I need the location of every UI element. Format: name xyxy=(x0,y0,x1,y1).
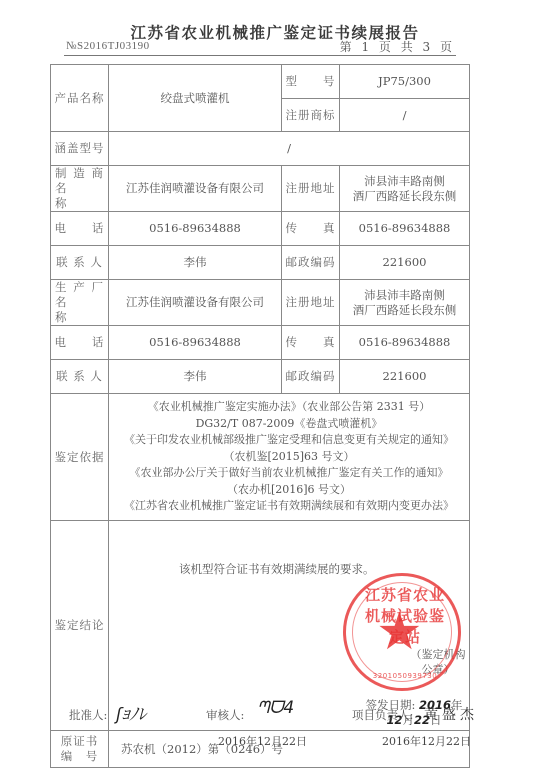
covered-models-value: / xyxy=(109,132,470,166)
manufacturer-fax-value: 0516-89634888 xyxy=(340,212,470,246)
leader-signature: 黄盛杰 xyxy=(424,704,478,724)
producer-postcode-value: 221600 xyxy=(340,360,470,394)
manufacturer-name-value: 江苏佳润喷灌设备有限公司 xyxy=(109,166,282,212)
manufacturer-contact-label: 联 系 人 xyxy=(51,246,109,280)
model-value: JP75/300 xyxy=(340,65,470,99)
report-form-table: 产品名称 绞盘式喷灌机 型 号 JP75/300 注册商标 / 涵盖型号 / 制… xyxy=(50,64,470,768)
producer-contact-label: 联 系 人 xyxy=(51,360,109,394)
approver-signature: ʃﾖﾉﾚ xyxy=(116,700,146,725)
document-number: №S2016TJ03190 xyxy=(66,40,150,52)
basis-line: 《关于印发农业机械部级推广鉴定受理和信息变更有关规定的通知》 xyxy=(111,432,467,449)
basis-line: 《江苏省农业机械推广鉴定证书有效期满续展和有效期内变更办法》 xyxy=(111,498,467,515)
basis-line: 《农业部办公厅关于做好当前农业机械推广鉴定有关工作的通知》 xyxy=(111,465,467,482)
original-cert-label-line1: 原证书 xyxy=(53,734,106,749)
product-name-label: 产品名称 xyxy=(51,65,109,132)
manufacturer-phone-label: 电 话 xyxy=(51,212,109,246)
basis-line: （农机鉴[2015]63 号文） xyxy=(111,449,467,466)
producer-phone-value: 0516-89634888 xyxy=(109,326,282,360)
basis-content: 《农业机械推广鉴定实施办法》（农业部公告第 2331 号） DG32/T 087… xyxy=(109,394,470,521)
producer-label-line1: 生 产 厂 xyxy=(53,280,106,295)
reviewer-signature: ᘉᗜ4 xyxy=(257,698,294,718)
manufacturer-address-line1: 沛县沛丰路南侧 xyxy=(342,174,467,189)
producer-phone-label: 电 话 xyxy=(51,326,109,360)
manufacturer-postcode-label: 邮政编码 xyxy=(282,246,340,280)
product-name-value: 绞盘式喷灌机 xyxy=(109,65,282,132)
basis-line: DG32/T 087-2009《卷盘式喷灌机》 xyxy=(111,416,467,433)
basis-line: 《农业机械推广鉴定实施办法》（农业部公告第 2331 号） xyxy=(111,399,467,416)
producer-address-line2: 酒厂西路延长段东侧 xyxy=(342,303,467,318)
manufacturer-address-line2: 酒厂西路延长段东侧 xyxy=(342,189,467,204)
producer-contact-value: 李伟 xyxy=(109,360,282,394)
trademark-label: 注册商标 xyxy=(282,99,340,132)
producer-name-value: 江苏佳润喷灌设备有限公司 xyxy=(109,280,282,326)
basis-line: （农办机[2016]6 号文） xyxy=(111,482,467,499)
producer-address-label: 注册地址 xyxy=(282,280,340,326)
reviewer-label: 审核人: xyxy=(206,707,244,723)
manufacturer-address-label: 注册地址 xyxy=(282,166,340,212)
conclusion-text: 该机型符合证书有效期满续展的要求。 xyxy=(179,562,375,577)
trademark-value: / xyxy=(340,99,470,132)
manufacturer-postcode-value: 221600 xyxy=(340,246,470,280)
original-cert-label-line2: 编 号 xyxy=(53,749,106,764)
manufacturer-fax-label: 传 真 xyxy=(282,212,340,246)
producer-name-label: 生 产 厂 名 称 xyxy=(51,280,109,326)
manufacturer-label-line1: 制 造 商 xyxy=(53,166,106,181)
producer-fax-value: 0516-89634888 xyxy=(340,326,470,360)
producer-address-line1: 沛县沛丰路南侧 xyxy=(342,288,467,303)
stamp-note: （鉴定机构公章） xyxy=(407,647,469,677)
manufacturer-address-value: 沛县沛丰路南侧 酒厂西路延长段东侧 xyxy=(340,166,470,212)
manufacturer-name-label: 制 造 商 名 称 xyxy=(51,166,109,212)
leader-date: 2016年12月22日 xyxy=(382,733,471,749)
reviewer-date: 2016年12月22日 xyxy=(218,733,307,749)
leader-label: 项目负责人: xyxy=(352,707,413,723)
manufacturer-phone-value: 0516-89634888 xyxy=(109,212,282,246)
producer-label-line2: 名 称 xyxy=(53,295,106,325)
page-info: 第 1 页 共 3 页 xyxy=(340,38,455,55)
approver-label: 批准人: xyxy=(69,707,107,723)
covered-models-label: 涵盖型号 xyxy=(51,132,109,166)
producer-address-value: 沛县沛丰路南侧 酒厂西路延长段东侧 xyxy=(340,280,470,326)
conclusion-label: 鉴定结论 xyxy=(51,521,109,731)
model-label: 型 号 xyxy=(282,65,340,99)
basis-label: 鉴定依据 xyxy=(51,394,109,521)
producer-fax-label: 传 真 xyxy=(282,326,340,360)
producer-postcode-label: 邮政编码 xyxy=(282,360,340,394)
original-cert-label: 原证书 编 号 xyxy=(51,731,109,768)
header-rule xyxy=(64,55,456,56)
manufacturer-label-line2: 名 称 xyxy=(53,181,106,211)
manufacturer-contact-value: 李伟 xyxy=(109,246,282,280)
